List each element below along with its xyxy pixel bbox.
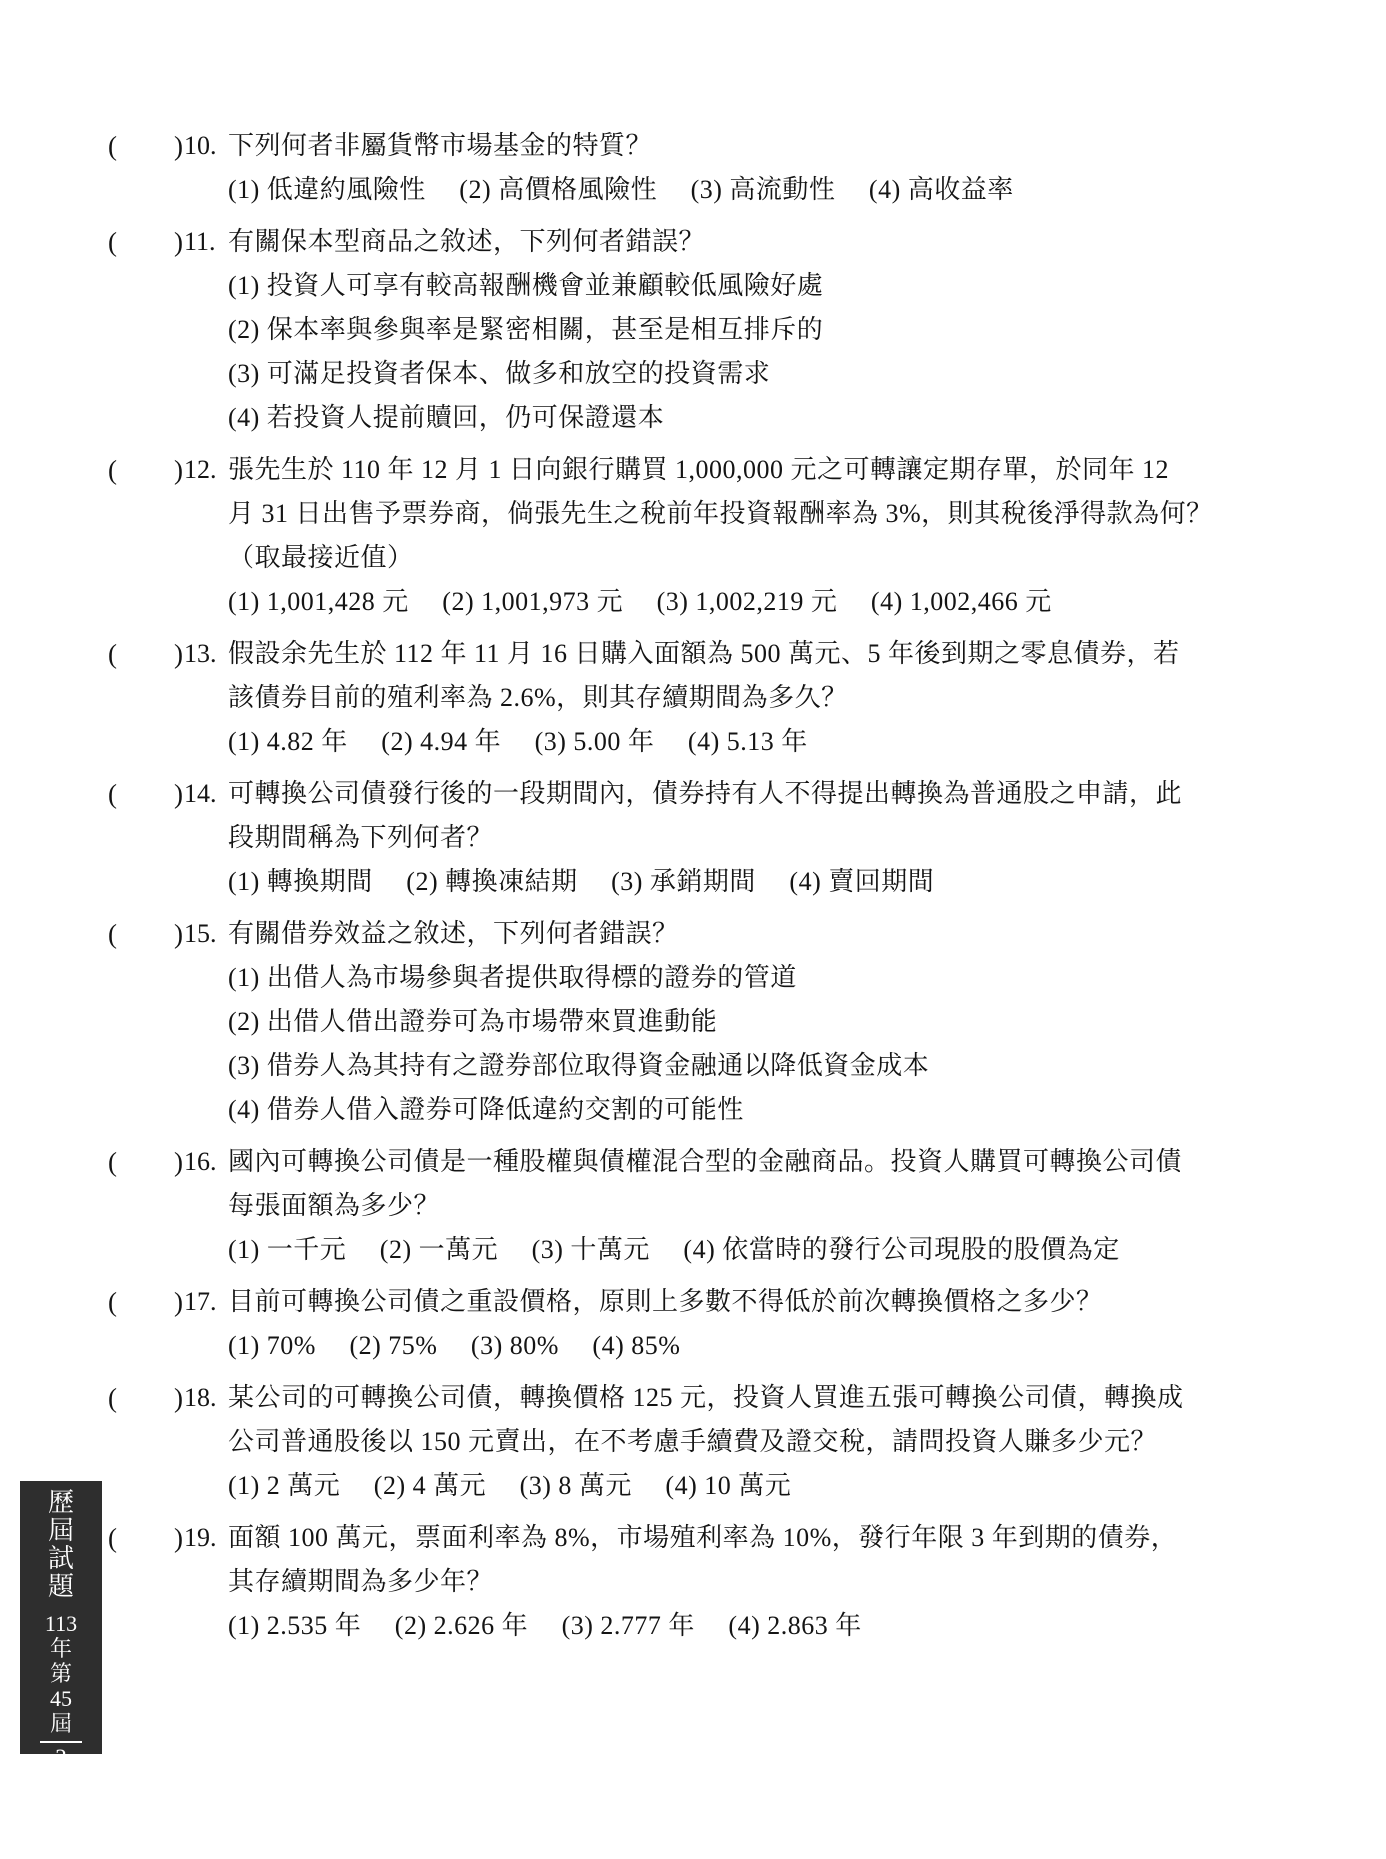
edge-tab-title-char: 試 (48, 1545, 74, 1573)
question-text-line: （取最接近值） (228, 536, 1318, 580)
question-number: 16. (184, 1140, 228, 1184)
answer-parentheses: ( ) (108, 1516, 184, 1560)
question-text-line: (4) 借券人借入證券可降低違約交割的可能性 (228, 1088, 1318, 1132)
edge-tab-session: 113年第45屆 (45, 1611, 77, 1736)
edge-tab-session-line: 屆 (50, 1711, 72, 1736)
question-text-line: 該債券目前的殖利率為 2.6%，則其存續期間為多久？ (228, 676, 1318, 720)
question-row-11: ( ) 11. 有關保本型商品之敘述，下列何者錯誤？(1) 投資人可享有較高報酬… (108, 220, 1318, 440)
question-body: 下列何者非屬貨幣市場基金的特質？(1) 低違約風險性 (2) 高價格風險性 (3… (228, 124, 1318, 212)
question-text-line: 段期間稱為下列何者？ (228, 816, 1318, 860)
question-text-line: 假設余先生於 112 年 11 月 16 日購入面額為 500 萬元、5 年後到… (228, 632, 1318, 676)
edge-tab-title-char: 歷 (48, 1489, 74, 1517)
question-number: 19. (184, 1516, 228, 1560)
edge-tab-title-char: 題 (48, 1573, 74, 1601)
edge-tab-title: 歷屆試題 (48, 1489, 74, 1601)
question-text-line: 其存續期間為多少年？ (228, 1560, 1318, 1604)
question-number: 13. (184, 632, 228, 676)
question-text-line: 目前可轉換公司債之重設價格，原則上多數不得低於前次轉換價格之多少？ (228, 1280, 1318, 1324)
question-text-line: 下列何者非屬貨幣市場基金的特質？ (228, 124, 1318, 168)
options-line: (1) 出借人為市場參與者提供取得標的證券的管道 (228, 956, 1318, 1000)
question-number: 15. (184, 912, 228, 956)
question-row-17: ( ) 17. 目前可轉換公司債之重設價格，原則上多數不得低於前次轉換價格之多少… (108, 1280, 1318, 1368)
question-text-line: 可轉換公司債發行後的一段期間內，債券持有人不得提出轉換為普通股之申請，此 (228, 772, 1318, 816)
question-text-line: 有關借券效益之敘述，下列何者錯誤？ (228, 912, 1318, 956)
question-row-18: ( ) 18. 某公司的可轉換公司債，轉換價格 125 元，投資人買進五張可轉換… (108, 1376, 1318, 1508)
question-row-15: ( ) 15. 有關借券效益之敘述，下列何者錯誤？(1) 出借人為市場參與者提供… (108, 912, 1318, 1132)
options-line: (1) 4.82 年 (2) 4.94 年 (3) 5.00 年 (4) 5.1… (228, 720, 1318, 764)
exam-page: ( ) 10. 下列何者非屬貨幣市場基金的特質？(1) 低違約風險性 (2) 高… (0, 0, 1386, 1859)
question-text-line: 某公司的可轉換公司債，轉換價格 125 元，投資人買進五張可轉換公司債，轉換成 (228, 1376, 1318, 1420)
edge-tab-session-line: 113 (45, 1611, 77, 1636)
question-text-line: 面額 100 萬元，票面利率為 8%，市場殖利率為 10%，發行年限 3 年到期… (228, 1516, 1318, 1560)
question-number: 18. (184, 1376, 228, 1420)
question-number: 14. (184, 772, 228, 816)
options-line: (1) 投資人可享有較高報酬機會並兼顧較低風險好處 (228, 264, 1318, 308)
edge-tab-divider (40, 1741, 82, 1743)
answer-parentheses: ( ) (108, 1376, 184, 1420)
question-body: 有關保本型商品之敘述，下列何者錯誤？(1) 投資人可享有較高報酬機會並兼顧較低風… (228, 220, 1318, 440)
question-row-12: ( ) 12. 張先生於 110 年 12 月 1 日向銀行購買 1,000,0… (108, 448, 1318, 624)
answer-parentheses: ( ) (108, 448, 184, 492)
options-line: (1) 一千元 (2) 一萬元 (3) 十萬元 (4) 依當時的發行公司現股的股… (228, 1228, 1318, 1272)
answer-parentheses: ( ) (108, 1280, 184, 1324)
question-text-line: (2) 保本率與參與率是緊密相關，甚至是相互排斥的 (228, 308, 1318, 352)
options-line: (1) 低違約風險性 (2) 高價格風險性 (3) 高流動性 (4) 高收益率 (228, 168, 1318, 212)
question-body: 某公司的可轉換公司債，轉換價格 125 元，投資人買進五張可轉換公司債，轉換成公… (228, 1376, 1318, 1508)
question-number: 12. (184, 448, 228, 492)
answer-parentheses: ( ) (108, 912, 184, 956)
question-row-14: ( ) 14. 可轉換公司債發行後的一段期間內，債券持有人不得提出轉換為普通股之… (108, 772, 1318, 904)
edge-tab-session-line: 年 (50, 1636, 72, 1661)
question-body: 國內可轉換公司債是一種股權與債權混合型的金融商品。投資人購買可轉換公司債每張面額… (228, 1140, 1318, 1272)
edge-tab-session-line: 第 (50, 1661, 72, 1686)
page-edge-tab: 歷屆試題 113年第45屆 2 (20, 1481, 102, 1754)
question-body: 可轉換公司債發行後的一段期間內，債券持有人不得提出轉換為普通股之申請，此段期間稱… (228, 772, 1318, 904)
question-text-line: 張先生於 110 年 12 月 1 日向銀行購買 1,000,000 元之可轉讓… (228, 448, 1318, 492)
edge-tab-title-char: 屆 (48, 1517, 74, 1545)
question-text-line: 有關保本型商品之敘述，下列何者錯誤？ (228, 220, 1318, 264)
question-number: 11. (184, 220, 228, 264)
question-text-line: 每張面額為多少？ (228, 1184, 1318, 1228)
options-line: (1) 70% (2) 75% (3) 80% (4) 85% (228, 1324, 1318, 1368)
questions-list: ( ) 10. 下列何者非屬貨幣市場基金的特質？(1) 低違約風險性 (2) 高… (108, 124, 1318, 1656)
question-number: 17. (184, 1280, 228, 1324)
options-line: (1) 轉換期間 (2) 轉換凍結期 (3) 承銷期間 (4) 賣回期間 (228, 860, 1318, 904)
question-row-13: ( ) 13. 假設余先生於 112 年 11 月 16 日購入面額為 500 … (108, 632, 1318, 764)
question-body: 有關借券效益之敘述，下列何者錯誤？(1) 出借人為市場參與者提供取得標的證券的管… (228, 912, 1318, 1132)
options-line: (1) 2 萬元 (2) 4 萬元 (3) 8 萬元 (4) 10 萬元 (228, 1464, 1318, 1508)
answer-parentheses: ( ) (108, 632, 184, 676)
answer-parentheses: ( ) (108, 220, 184, 264)
question-row-19: ( ) 19. 面額 100 萬元，票面利率為 8%，市場殖利率為 10%，發行… (108, 1516, 1318, 1648)
question-text-line: (2) 出借人借出證券可為市場帶來買進動能 (228, 1000, 1318, 1044)
question-text-line: (4) 若投資人提前贖回，仍可保證還本 (228, 396, 1318, 440)
edge-tab-session-line: 45 (50, 1686, 72, 1711)
question-row-10: ( ) 10. 下列何者非屬貨幣市場基金的特質？(1) 低違約風險性 (2) 高… (108, 124, 1318, 212)
question-text-line: (3) 借券人為其持有之證券部位取得資金融通以降低資金成本 (228, 1044, 1318, 1088)
question-text-line: 國內可轉換公司債是一種股權與債權混合型的金融商品。投資人購買可轉換公司債 (228, 1140, 1318, 1184)
question-body: 目前可轉換公司債之重設價格，原則上多數不得低於前次轉換價格之多少？(1) 70%… (228, 1280, 1318, 1368)
question-number: 10. (184, 124, 228, 168)
answer-parentheses: ( ) (108, 124, 184, 168)
page-number: 2 (55, 1745, 67, 1771)
answer-parentheses: ( ) (108, 1140, 184, 1184)
question-body: 面額 100 萬元，票面利率為 8%，市場殖利率為 10%，發行年限 3 年到期… (228, 1516, 1318, 1648)
options-line: (1) 1,001,428 元 (2) 1,001,973 元 (3) 1,00… (228, 580, 1318, 624)
question-body: 張先生於 110 年 12 月 1 日向銀行購買 1,000,000 元之可轉讓… (228, 448, 1318, 624)
answer-parentheses: ( ) (108, 772, 184, 816)
question-row-16: ( ) 16. 國內可轉換公司債是一種股權與債權混合型的金融商品。投資人購買可轉… (108, 1140, 1318, 1272)
question-text-line: (3) 可滿足投資者保本、做多和放空的投資需求 (228, 352, 1318, 396)
question-text-line: 月 31 日出售予票券商，倘張先生之稅前年投資報酬率為 3%，則其稅後淨得款為何… (228, 492, 1318, 536)
question-text-line: 公司普通股後以 150 元賣出，在不考慮手續費及證交稅，請問投資人賺多少元？ (228, 1420, 1318, 1464)
options-line: (1) 2.535 年 (2) 2.626 年 (3) 2.777 年 (4) … (228, 1604, 1318, 1648)
question-body: 假設余先生於 112 年 11 月 16 日購入面額為 500 萬元、5 年後到… (228, 632, 1318, 764)
